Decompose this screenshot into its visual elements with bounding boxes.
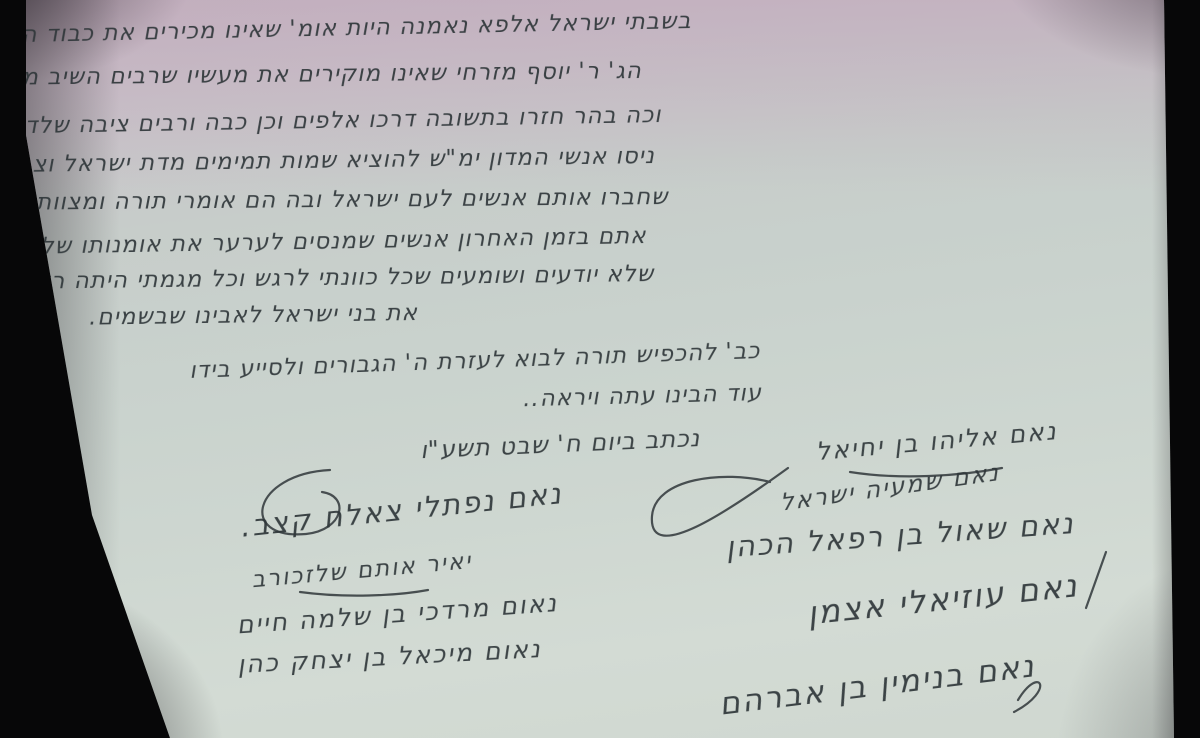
photo-of-handwritten-letter: { "colors": { "background": "#070708", "… — [0, 0, 1200, 738]
letter-line-8: את בני ישראל לאבינו שבשמים. — [89, 300, 418, 331]
letter-photo: בשבתי ישראל אלפא נאמנה היות אומ' שאינו מ… — [0, 0, 1200, 738]
